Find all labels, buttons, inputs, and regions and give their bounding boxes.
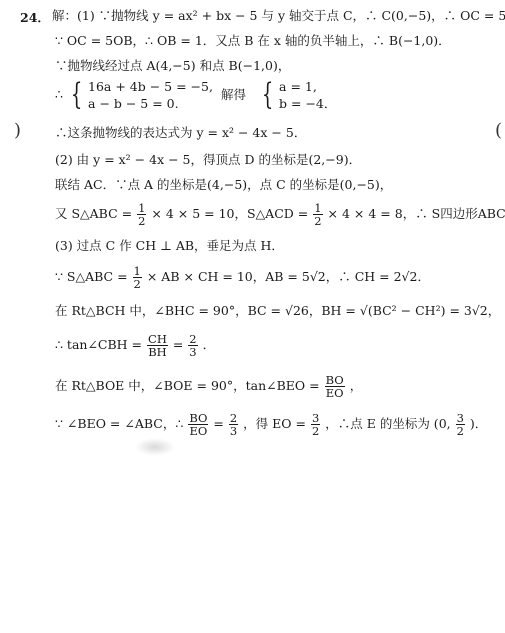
scan-smudge [135, 438, 175, 456]
fraction-bo-eo: BOEO [325, 374, 345, 399]
solution-line-13: 在 Rt△BOE 中，∠BOE = 90°，tan∠BEO = BOEO ， [55, 374, 362, 399]
tan-beo-label: 在 Rt△BOE 中，∠BOE = 90°，tan∠BEO = [55, 378, 320, 393]
equation-1b: a − b − 5 = 0. [88, 95, 213, 112]
solution-line-8: 又 S△ABC = 12 × 4 × 5 = 10，S△ACD = 12 × 4… [55, 202, 505, 227]
fraction-ch-bh: CHBH [147, 333, 168, 358]
fraction-half: 12 [133, 265, 142, 290]
fraction-bo-eo: BOEO [188, 412, 208, 437]
margin-mark-right: ( [495, 120, 502, 141]
left-brace: { [71, 80, 82, 110]
period: ． [203, 337, 216, 352]
area-abc-calc: × 4 × 5 = 10，S△ACD = [151, 206, 308, 221]
solution-line-12: ∴ tan∠CBH = CHBH = 23 ． [55, 333, 215, 358]
solve-label: 解得 [221, 87, 246, 102]
solution-line-3: ∵抛物线经过点 A(4,−5) 和点 B(−1,0)， [55, 58, 290, 74]
solution-b: b = −4． [279, 95, 336, 112]
equals-sign: = [173, 337, 183, 352]
solution-line-10: ∵ S△ABC = 12 × AB × CH = 10，AB = 5√2，∴ C… [55, 265, 430, 290]
comma: ， [350, 378, 363, 393]
area-abc-label: 又 S△ABC = [55, 206, 132, 221]
question-number: 24． [20, 8, 50, 26]
solution-line-9: (3) 过点 C 作 CH ⊥ AB，垂足为点 H． [55, 238, 284, 254]
closing-paren: )． [470, 416, 487, 431]
solution-line-11: 在 Rt△BCH 中，∠BHC = 90°，BC = √26，BH = √(BC… [55, 303, 500, 319]
fraction-two-thirds: 23 [188, 333, 197, 358]
area-total-calc: × 4 × 4 = 8，∴ S四边形ABCD = S△ABC + S△ACD =… [328, 206, 505, 221]
margin-mark-left: ) [14, 120, 21, 141]
eo-label: ，得 EO = [243, 416, 306, 431]
equation-1a: 16a + 4b − 5 = −5, [88, 78, 213, 95]
therefore-symbol: ∴ [55, 87, 63, 102]
fraction-three-halves: 32 [311, 412, 320, 437]
fraction-half: 12 [137, 202, 146, 227]
solution-line-14: ∵ ∠BEO = ∠ABC，∴ BOEO = 23 ，得 EO = 32 ，∴点… [55, 412, 487, 437]
left-brace: { [262, 80, 273, 110]
tan-cbh-label: ∴ tan∠CBH = [55, 337, 142, 352]
equation-system-1: 16a + 4b − 5 = −5, a − b − 5 = 0. [88, 78, 213, 112]
equals-sign: = [213, 416, 223, 431]
equation-system-2: a = 1, b = −4． [279, 78, 336, 112]
fraction-three-halves: 32 [456, 412, 465, 437]
area-abc-label: ∵ S△ABC = [55, 269, 128, 284]
solution-line-7: 联结 AC．∵点 A 的坐标是(4,−5)，点 C 的坐标是(0,−5)， [55, 177, 392, 193]
fraction-two-thirds: 23 [229, 412, 238, 437]
ch-calc: × AB × CH = 10，AB = 5√2，∴ CH = 2√2． [147, 269, 430, 284]
solution-line-5: ∴这条抛物线的表达式为 y = x² − 4x − 5． [55, 125, 306, 141]
solution-line-1: 解：(1) ∵抛物线 y = ax² + bx − 5 与 y 轴交于点 C，∴… [52, 8, 505, 24]
fraction-half: 12 [313, 202, 322, 227]
equation-system-line: ∴ { 16a + 4b − 5 = −5, a − b − 5 = 0. 解得… [55, 78, 336, 112]
solution-line-2: ∵ OC = 5OB，∴ OB = 1．又点 B 在 x 轴的负半轴上，∴ B(… [55, 33, 451, 49]
point-e-label: ，∴点 E 的坐标为 (0, [325, 416, 450, 431]
angle-equality: ∵ ∠BEO = ∠ABC，∴ [55, 416, 183, 431]
solution-a: a = 1, [279, 78, 336, 95]
solution-line-6: (2) 由 y = x² − 4x − 5，得顶点 D 的坐标是(2,−9)． [55, 152, 361, 168]
